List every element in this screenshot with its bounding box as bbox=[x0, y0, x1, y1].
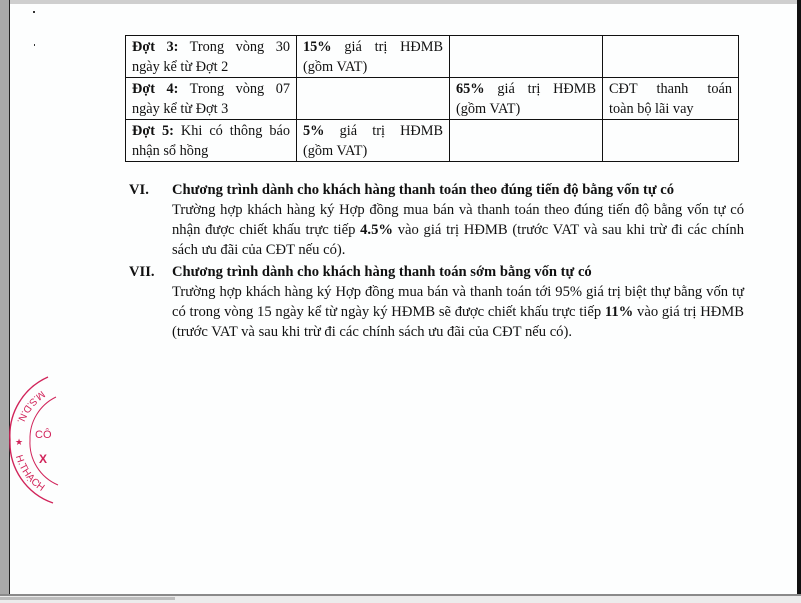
section-body: Trường hợp khách hàng ký Hợp đồng mua bá… bbox=[172, 200, 744, 260]
table-cell-payment: 15% giá trị HĐMB (gồm VAT) bbox=[297, 36, 450, 78]
table-cell-payment bbox=[297, 78, 450, 120]
section-number: VI. bbox=[129, 180, 149, 200]
svg-text:CÔ: CÔ bbox=[35, 428, 52, 441]
viewer-right-edge bbox=[797, 0, 801, 596]
section-title: Chương trình dành cho khách hàng thanh t… bbox=[172, 262, 592, 282]
table-cell-payment-alt: 65% giá trị HĐMB (gồm VAT) bbox=[450, 78, 603, 120]
table-row: Đợt 4: Trong vòng 07 ngày kể từ Đợt 3 65… bbox=[126, 78, 739, 120]
table-cell-note bbox=[603, 36, 739, 78]
table-cell-phase: Đợt 4: Trong vòng 07 ngày kể từ Đợt 3 bbox=[126, 78, 297, 120]
table-cell-phase: Đợt 3: Trong vòng 30 ngày kể từ Đợt 2 bbox=[126, 36, 297, 78]
table-row: Đợt 3: Trong vòng 30 ngày kể từ Đợt 2 15… bbox=[126, 36, 739, 78]
svg-text:★: ★ bbox=[15, 438, 23, 448]
table-cell-payment-alt bbox=[450, 120, 603, 162]
table-cell-note bbox=[603, 120, 739, 162]
table-cell-phase: Đợt 5: Khi có thông báo nhận sổ hồng bbox=[126, 120, 297, 162]
table-cell-payment-alt bbox=[450, 36, 603, 78]
table-row: Đợt 5: Khi có thông báo nhận sổ hồng 5% … bbox=[126, 120, 739, 162]
section-title: Chương trình dành cho khách hàng thanh t… bbox=[172, 180, 674, 200]
payment-schedule-table: Đợt 3: Trong vòng 30 ngày kể từ Đợt 2 15… bbox=[125, 35, 739, 162]
svg-text:M.S.D.N.: M.S.D.N. bbox=[14, 388, 46, 425]
section-number: VII. bbox=[129, 262, 155, 282]
viewer-left-gutter bbox=[0, 0, 10, 596]
page-mark bbox=[34, 44, 35, 46]
section-body: Trường hợp khách hàng ký Hợp đồng mua bá… bbox=[172, 282, 744, 342]
svg-text:X: X bbox=[39, 452, 47, 466]
scrollbar-thumb[interactable] bbox=[0, 597, 175, 600]
company-stamp-icon: M.S.D.N. H.THẠCH ★ CÔ X bbox=[8, 375, 68, 505]
table-cell-note: CĐT thanh toán toàn bộ lãi vay bbox=[603, 78, 739, 120]
page-mark bbox=[33, 11, 35, 13]
table-cell-payment: 5% giá trị HĐMB (gồm VAT) bbox=[297, 120, 450, 162]
